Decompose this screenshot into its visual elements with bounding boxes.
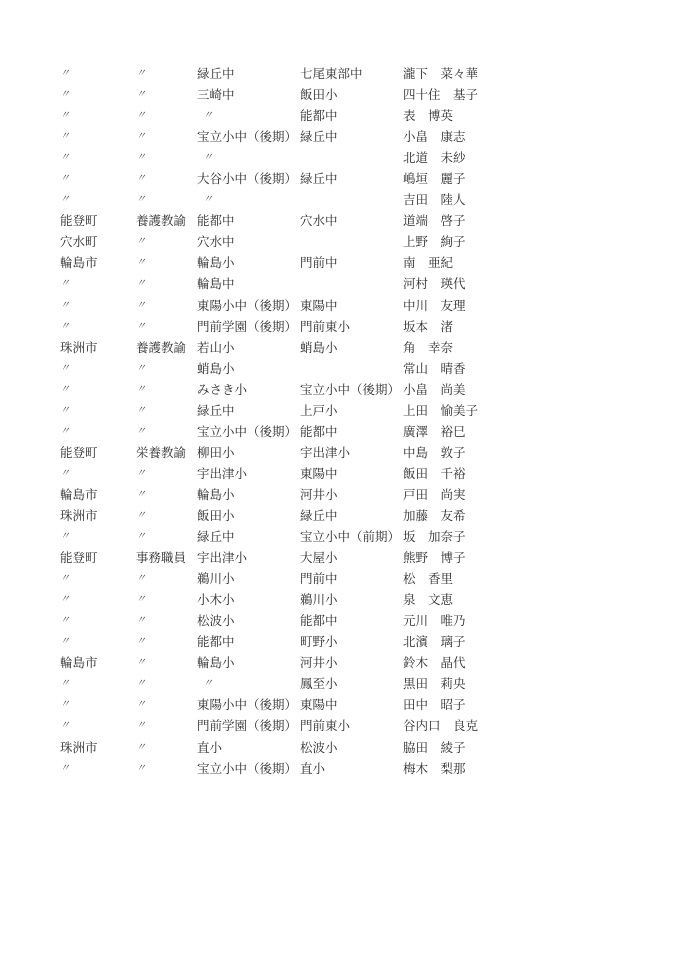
- table-row: 〃〃みさき小宝立小中（後期）小畠 尚美: [0, 379, 680, 400]
- to-school-cell: 緑丘中: [300, 505, 338, 526]
- role-cell: 〃: [136, 505, 145, 526]
- person-name-cell: 元川 唯乃: [403, 610, 466, 631]
- table-row: 能登町栄養教諭柳田小宇出津小中島 敦子: [0, 442, 680, 463]
- table-row: 能登町養護教諭能都中穴水中道端 啓子: [0, 210, 680, 231]
- table-row: 〃〃門前学園（後期）門前東小谷内口 良克: [0, 715, 680, 736]
- person-name-cell: 小畠 尚美: [403, 379, 466, 400]
- table-row: 〃〃鵜川小門前中松 香里: [0, 568, 680, 589]
- person-name-cell: 泉 文恵: [403, 589, 453, 610]
- city-cell: 珠洲市: [60, 505, 98, 526]
- from-school-cell: 大谷小中（後期）: [197, 168, 297, 189]
- table-row: 輪島市〃輪島小門前中南 亜紀: [0, 252, 680, 273]
- role-cell: 〃: [136, 189, 145, 210]
- city-cell: 〃: [60, 379, 69, 400]
- table-row: 〃〃宝立小中（後期）緑丘中小畠 康志: [0, 126, 680, 147]
- city-cell: 〃: [60, 694, 69, 715]
- to-school-cell: 大屋小: [300, 547, 338, 568]
- person-name-cell: 上田 愉美子: [403, 400, 478, 421]
- table-row: 珠洲市養護教諭若山小蛸島小角 幸奈: [0, 337, 680, 358]
- role-cell: 〃: [136, 526, 145, 547]
- role-cell: 〃: [136, 358, 145, 379]
- from-school-cell: 〃: [197, 189, 212, 210]
- to-school-cell: 七尾東部中: [300, 63, 363, 84]
- city-cell: 〃: [60, 126, 69, 147]
- role-cell: 〃: [136, 694, 145, 715]
- from-school-cell: 能都中: [197, 631, 235, 652]
- from-school-cell: 〃: [197, 673, 212, 694]
- to-school-cell: 宝立小中（後期）: [300, 379, 400, 400]
- table-row: 〃〃門前学園（後期）門前東小坂本 渚: [0, 316, 680, 337]
- table-row: 〃〃緑丘中七尾東部中瀧下 菜々華: [0, 63, 680, 84]
- to-school-cell: 緑丘中: [300, 126, 338, 147]
- from-school-cell: 輪島中: [197, 273, 235, 294]
- person-name-cell: 坂 加奈子: [403, 526, 466, 547]
- city-cell: 輪島市: [60, 484, 98, 505]
- role-cell: 〃: [136, 400, 145, 421]
- table-row: 〃〃東陽小中（後期）東陽中田中 昭子: [0, 694, 680, 715]
- from-school-cell: 緑丘中: [197, 526, 235, 547]
- to-school-cell: 河井小: [300, 652, 338, 673]
- to-school-cell: 鵜川小: [300, 589, 338, 610]
- person-name-cell: 松 香里: [403, 568, 453, 589]
- to-school-cell: 門前東小: [300, 316, 350, 337]
- to-school-cell: 宇出津小: [300, 442, 350, 463]
- city-cell: 〃: [60, 189, 69, 210]
- person-name-cell: 廣澤 裕巳: [403, 421, 466, 442]
- from-school-cell: 鵜川小: [197, 568, 235, 589]
- role-cell: 〃: [136, 421, 145, 442]
- to-school-cell: 東陽中: [300, 463, 338, 484]
- table-row: 〃〃緑丘中宝立小中（前期）坂 加奈子: [0, 526, 680, 547]
- from-school-cell: みさき小: [197, 379, 247, 400]
- to-school-cell: 東陽中: [300, 694, 338, 715]
- role-cell: 〃: [136, 652, 145, 673]
- from-school-cell: 三崎中: [197, 84, 235, 105]
- person-name-cell: 戸田 尚実: [403, 484, 466, 505]
- role-cell: 〃: [136, 715, 145, 736]
- person-name-cell: 坂本 渚: [403, 316, 453, 337]
- from-school-cell: 〃: [197, 105, 212, 126]
- city-cell: 〃: [60, 610, 69, 631]
- to-school-cell: 飯田小: [300, 84, 338, 105]
- role-cell: 〃: [136, 758, 145, 779]
- role-cell: 〃: [136, 379, 145, 400]
- city-cell: 〃: [60, 168, 69, 189]
- role-cell: 〃: [136, 631, 145, 652]
- person-name-cell: 黒田 莉央: [403, 673, 466, 694]
- city-cell: 輪島市: [60, 652, 98, 673]
- from-school-cell: 〃: [197, 147, 212, 168]
- to-school-cell: 能都中: [300, 421, 338, 442]
- person-name-cell: 鈴木 晶代: [403, 652, 466, 673]
- person-name-cell: 表 博英: [403, 105, 453, 126]
- from-school-cell: 宝立小中（後期）: [197, 126, 297, 147]
- role-cell: 〃: [136, 484, 145, 505]
- role-cell: 〃: [136, 126, 145, 147]
- table-row: 〃〃輪島中河村 瑛代: [0, 273, 680, 294]
- person-name-cell: 北道 未紗: [403, 147, 466, 168]
- person-name-cell: 谷内口 良克: [403, 715, 478, 736]
- to-school-cell: 宝立小中（前期）: [300, 526, 400, 547]
- city-cell: 〃: [60, 526, 69, 547]
- city-cell: 〃: [60, 316, 69, 337]
- from-school-cell: 輪島小: [197, 652, 235, 673]
- person-name-cell: 吉田 陸人: [403, 189, 466, 210]
- to-school-cell: 松波小: [300, 737, 338, 758]
- role-cell: 〃: [136, 316, 145, 337]
- to-school-cell: 町野小: [300, 631, 338, 652]
- from-school-cell: 輪島小: [197, 252, 235, 273]
- table-row: 〃〃宝立小中（後期）能都中廣澤 裕巳: [0, 421, 680, 442]
- table-row: 〃〃〃北道 未紗: [0, 147, 680, 168]
- from-school-cell: 東陽小中（後期）: [197, 694, 297, 715]
- table-row: 輪島市〃輪島小河井小鈴木 晶代: [0, 652, 680, 673]
- from-school-cell: 宇出津小: [197, 463, 247, 484]
- person-name-cell: 田中 昭子: [403, 694, 466, 715]
- table-row: 〃〃小木小鵜川小泉 文恵: [0, 589, 680, 610]
- from-school-cell: 東陽小中（後期）: [197, 295, 297, 316]
- city-cell: 〃: [60, 589, 69, 610]
- role-cell: 〃: [136, 252, 145, 273]
- person-name-cell: 脇田 綾子: [403, 737, 466, 758]
- table-row: 輪島市〃輪島小河井小戸田 尚実: [0, 484, 680, 505]
- role-cell: 〃: [136, 295, 145, 316]
- person-name-cell: 常山 晴香: [403, 358, 466, 379]
- city-cell: 〃: [60, 105, 69, 126]
- role-cell: 〃: [136, 231, 145, 252]
- to-school-cell: 門前中: [300, 568, 338, 589]
- from-school-cell: 緑丘中: [197, 63, 235, 84]
- city-cell: 珠洲市: [60, 737, 98, 758]
- person-name-cell: 北濱 璃子: [403, 631, 466, 652]
- person-name-cell: 角 幸奈: [403, 337, 453, 358]
- from-school-cell: 直小: [197, 737, 222, 758]
- city-cell: 穴水町: [60, 231, 98, 252]
- from-school-cell: 柳田小: [197, 442, 235, 463]
- to-school-cell: 能都中: [300, 105, 338, 126]
- role-cell: 〃: [136, 105, 145, 126]
- city-cell: 輪島市: [60, 252, 98, 273]
- city-cell: 〃: [60, 673, 69, 694]
- to-school-cell: 能都中: [300, 610, 338, 631]
- city-cell: 〃: [60, 358, 69, 379]
- table-row: 〃〃蛸島小常山 晴香: [0, 358, 680, 379]
- to-school-cell: 門前東小: [300, 715, 350, 736]
- table-row: 〃〃松波小能都中元川 唯乃: [0, 610, 680, 631]
- from-school-cell: 宝立小中（後期）: [197, 421, 297, 442]
- role-cell: 事務職員: [136, 547, 186, 568]
- table-row: 〃〃三崎中飯田小四十住 基子: [0, 84, 680, 105]
- table-row: 〃〃宝立小中（後期）直小梅木 梨那: [0, 758, 680, 779]
- document-page: 〃〃緑丘中七尾東部中瀧下 菜々華〃〃三崎中飯田小四十住 基子〃〃〃能都中表 博英…: [0, 0, 680, 961]
- table-row: 〃〃大谷小中（後期）緑丘中嶋垣 麗子: [0, 168, 680, 189]
- table-row: 能登町事務職員宇出津小大屋小熊野 博子: [0, 547, 680, 568]
- role-cell: 栄養教諭: [136, 442, 186, 463]
- city-cell: 〃: [60, 758, 69, 779]
- table-row: 〃〃緑丘中上戸小上田 愉美子: [0, 400, 680, 421]
- to-school-cell: 鳳至小: [300, 673, 338, 694]
- city-cell: 〃: [60, 273, 69, 294]
- role-cell: 〃: [136, 147, 145, 168]
- person-name-cell: 熊野 博子: [403, 547, 466, 568]
- role-cell: 〃: [136, 673, 145, 694]
- person-name-cell: 中川 友理: [403, 295, 466, 316]
- from-school-cell: 宝立小中（後期）: [197, 758, 297, 779]
- table-row: 〃〃〃能都中表 博英: [0, 105, 680, 126]
- person-name-cell: 飯田 千裕: [403, 463, 466, 484]
- table-row: 〃〃宇出津小東陽中飯田 千裕: [0, 463, 680, 484]
- city-cell: 〃: [60, 568, 69, 589]
- personnel-transfer-table: 〃〃緑丘中七尾東部中瀧下 菜々華〃〃三崎中飯田小四十住 基子〃〃〃能都中表 博英…: [0, 63, 680, 779]
- city-cell: 〃: [60, 715, 69, 736]
- from-school-cell: 輪島小: [197, 484, 235, 505]
- role-cell: 養護教諭: [136, 337, 186, 358]
- role-cell: 〃: [136, 63, 145, 84]
- to-school-cell: 上戸小: [300, 400, 338, 421]
- city-cell: 〃: [60, 63, 69, 84]
- to-school-cell: 河井小: [300, 484, 338, 505]
- person-name-cell: 加藤 友希: [403, 505, 466, 526]
- from-school-cell: 緑丘中: [197, 400, 235, 421]
- from-school-cell: 門前学園（後期）: [197, 316, 297, 337]
- city-cell: 〃: [60, 400, 69, 421]
- person-name-cell: 瀧下 菜々華: [403, 63, 478, 84]
- table-row: 〃〃能都中町野小北濱 璃子: [0, 631, 680, 652]
- role-cell: 〃: [136, 168, 145, 189]
- role-cell: 〃: [136, 84, 145, 105]
- from-school-cell: 蛸島小: [197, 358, 235, 379]
- from-school-cell: 穴水中: [197, 231, 235, 252]
- role-cell: 〃: [136, 737, 145, 758]
- from-school-cell: 門前学園（後期）: [197, 715, 297, 736]
- from-school-cell: 小木小: [197, 589, 235, 610]
- table-row: 〃〃〃鳳至小黒田 莉央: [0, 673, 680, 694]
- from-school-cell: 宇出津小: [197, 547, 247, 568]
- city-cell: 〃: [60, 147, 69, 168]
- city-cell: 能登町: [60, 547, 98, 568]
- person-name-cell: 嶋垣 麗子: [403, 168, 466, 189]
- city-cell: 能登町: [60, 442, 98, 463]
- to-school-cell: 穴水中: [300, 210, 338, 231]
- from-school-cell: 能都中: [197, 210, 235, 231]
- to-school-cell: 東陽中: [300, 295, 338, 316]
- to-school-cell: 門前中: [300, 252, 338, 273]
- city-cell: 〃: [60, 631, 69, 652]
- person-name-cell: 梅木 梨那: [403, 758, 466, 779]
- to-school-cell: 蛸島小: [300, 337, 338, 358]
- person-name-cell: 中島 敦子: [403, 442, 466, 463]
- role-cell: 〃: [136, 568, 145, 589]
- city-cell: 〃: [60, 463, 69, 484]
- person-name-cell: 四十住 基子: [403, 84, 478, 105]
- person-name-cell: 南 亜紀: [403, 252, 453, 273]
- role-cell: 〃: [136, 273, 145, 294]
- from-school-cell: 飯田小: [197, 505, 235, 526]
- city-cell: 〃: [60, 84, 69, 105]
- person-name-cell: 河村 瑛代: [403, 273, 466, 294]
- city-cell: 〃: [60, 295, 69, 316]
- table-row: 〃〃東陽小中（後期）東陽中中川 友理: [0, 295, 680, 316]
- from-school-cell: 松波小: [197, 610, 235, 631]
- role-cell: 〃: [136, 589, 145, 610]
- table-row: 珠洲市〃飯田小緑丘中加藤 友希: [0, 505, 680, 526]
- from-school-cell: 若山小: [197, 337, 235, 358]
- city-cell: 珠洲市: [60, 337, 98, 358]
- city-cell: 〃: [60, 421, 69, 442]
- to-school-cell: 緑丘中: [300, 168, 338, 189]
- city-cell: 能登町: [60, 210, 98, 231]
- person-name-cell: 上野 絢子: [403, 231, 466, 252]
- table-row: 〃〃〃吉田 陸人: [0, 189, 680, 210]
- table-row: 穴水町〃穴水中上野 絢子: [0, 231, 680, 252]
- role-cell: 養護教諭: [136, 210, 186, 231]
- table-row: 珠洲市〃直小松波小脇田 綾子: [0, 737, 680, 758]
- person-name-cell: 道端 啓子: [403, 210, 466, 231]
- role-cell: 〃: [136, 610, 145, 631]
- to-school-cell: 直小: [300, 758, 325, 779]
- role-cell: 〃: [136, 463, 145, 484]
- person-name-cell: 小畠 康志: [403, 126, 466, 147]
